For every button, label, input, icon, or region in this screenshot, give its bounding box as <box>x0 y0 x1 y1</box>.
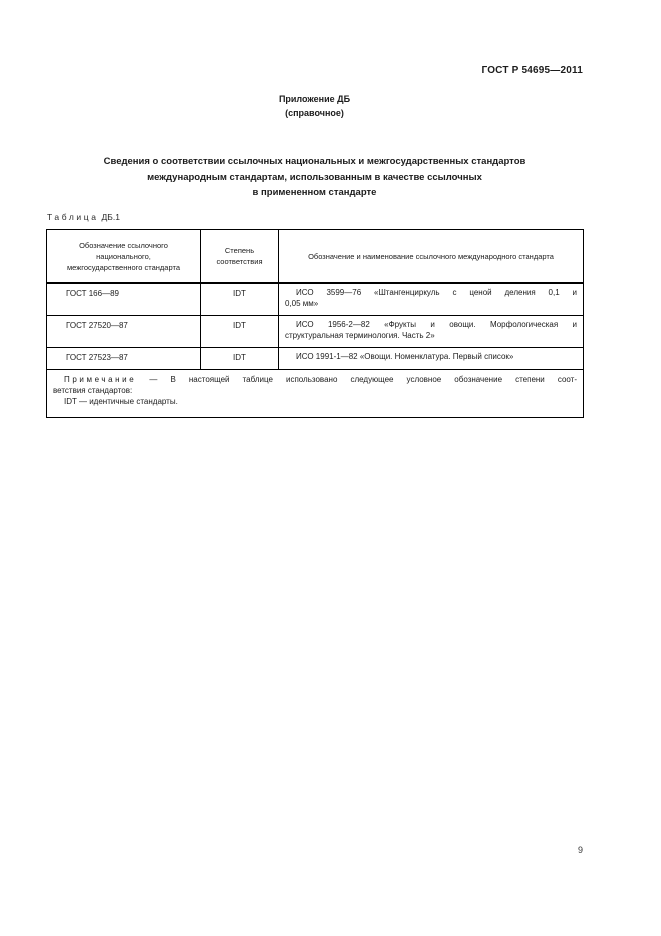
column-header-degree: Степеньсоответствия <box>201 230 279 284</box>
text-line: Обозначение ссылочного <box>51 240 196 251</box>
note-label: Примечание <box>64 375 136 384</box>
text-line: ИСО 3599—76 «Штангенциркуль с ценой деле… <box>285 287 577 298</box>
text-line: ИСО 1991-1—82 «Овощи. Номенклатура. Перв… <box>285 351 577 362</box>
page-number: 9 <box>46 845 583 855</box>
column-header-international-standard: Обозначение и наименование ссылочного ме… <box>279 230 584 284</box>
cell-gost-code: ГОСТ 166—89 <box>47 283 201 315</box>
note-text: — В настоящей таблице использовано следу… <box>136 375 577 384</box>
text-line: национального, <box>51 251 196 262</box>
table-caption-id: ДБ.1 <box>102 212 120 222</box>
document-code-header: ГОСТ Р 54695—2011 <box>46 65 583 76</box>
cell-international-standard: ИСО 3599—76 «Штангенциркуль с ценой деле… <box>279 283 584 315</box>
appendix-kind: (справочное) <box>46 107 583 121</box>
text-line: межгосударственного стандарта <box>51 262 196 273</box>
cell-international-standard: ИСО 1956-2—82 «Фрукты и овощи. Морфологи… <box>279 315 584 347</box>
table-caption-word: Таблица <box>47 212 99 222</box>
standards-correspondence-table: Обозначение ссылочногонационального,межг… <box>46 229 584 418</box>
table-header-row: Обозначение ссылочногонационального,межг… <box>47 230 584 284</box>
page-title: Сведения о соответствии ссылочных национ… <box>46 154 583 201</box>
page-title-line: международным стандартам, использованным… <box>46 170 583 186</box>
text-line: Степень <box>205 245 274 256</box>
appendix-name: Приложение ДБ <box>46 93 583 107</box>
note-text-line: ветствия стандартов: <box>53 385 577 396</box>
text-line: 0,05 мм» <box>285 298 577 309</box>
text-line: соответствия <box>205 256 274 267</box>
cell-gost-code: ГОСТ 27523—87 <box>47 347 201 369</box>
table-row: ГОСТ 166—89 IDT ИСО 3599—76 «Штангенцирк… <box>47 283 584 315</box>
table-note: Примечание — В настоящей таблице использ… <box>47 369 584 417</box>
note-text-line: IDT — идентичные стандарты. <box>53 396 577 407</box>
text-line: структуральная терминология. Часть 2» <box>285 330 577 341</box>
document-page: ГОСТ Р 54695—2011 Приложение ДБ (справоч… <box>0 0 661 936</box>
text-line: ИСО 1956-2—82 «Фрукты и овощи. Морфологи… <box>285 319 577 330</box>
cell-degree: IDT <box>201 347 279 369</box>
page-title-line: Сведения о соответствии ссылочных национ… <box>46 154 583 170</box>
cell-international-standard: ИСО 1991-1—82 «Овощи. Номенклатура. Перв… <box>279 347 584 369</box>
note-text-line: Примечание — В настоящей таблице использ… <box>53 374 577 385</box>
cell-gost-code: ГОСТ 27520—87 <box>47 315 201 347</box>
page-title-line: в примененном стандарте <box>46 185 583 201</box>
cell-degree: IDT <box>201 315 279 347</box>
column-header-national-standard: Обозначение ссылочногонационального,межг… <box>47 230 201 284</box>
table-row: ГОСТ 27523—87 IDT ИСО 1991-1—82 «Овощи. … <box>47 347 584 369</box>
table-row: ГОСТ 27520—87 IDT ИСО 1956-2—82 «Фрукты … <box>47 315 584 347</box>
appendix-heading: Приложение ДБ (справочное) <box>46 93 583 120</box>
cell-degree: IDT <box>201 283 279 315</box>
text-line: Обозначение и наименование ссылочного ме… <box>283 251 579 262</box>
table-caption: ТаблицаДБ.1 <box>47 212 120 222</box>
table-note-row: Примечание — В настоящей таблице использ… <box>47 369 584 417</box>
